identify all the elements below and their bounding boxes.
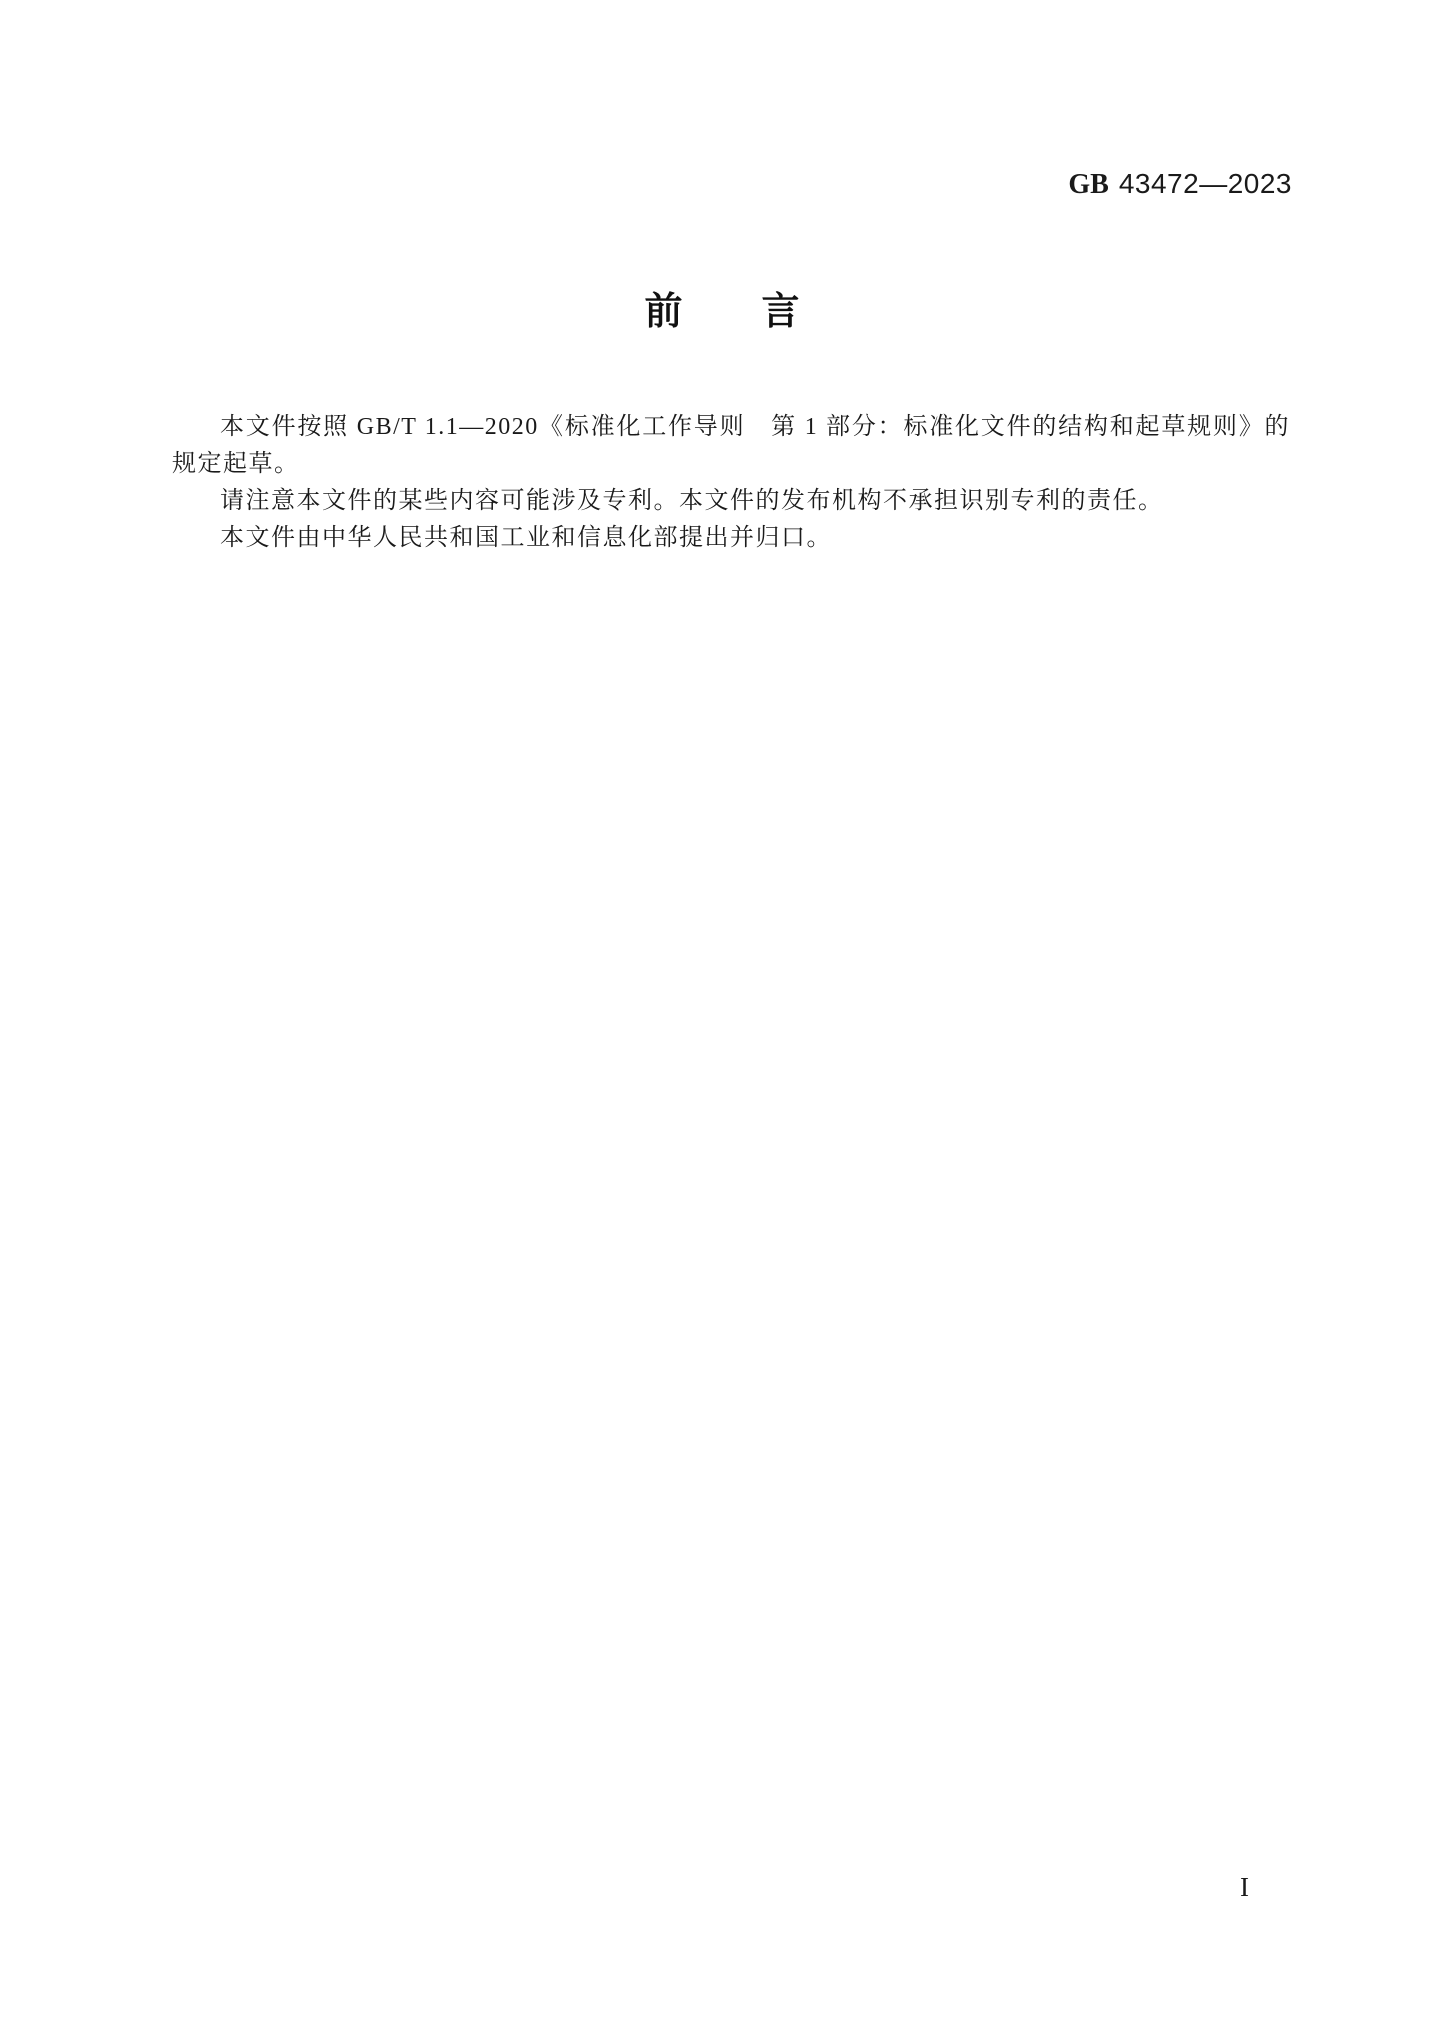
doc-number-prefix: GB: [1068, 169, 1108, 200]
document-page: GB43472—2023 前 言 本文件按照 GB/T 1.1—2020《标准化…: [0, 0, 1445, 2044]
page-number: I: [1240, 1874, 1249, 1901]
doc-number: GB43472—2023: [1068, 170, 1292, 199]
foreword-paragraph-3: 本文件由中华人民共和国工业和信息化部提出并归口。: [172, 520, 1290, 557]
doc-number-value: 43472—2023: [1119, 168, 1292, 199]
foreword-paragraph-1: 本文件按照 GB/T 1.1—2020《标准化工作导则 第 1 部分：标准化文件…: [172, 409, 1290, 483]
foreword-paragraph-2: 请注意本文件的某些内容可能涉及专利。本文件的发布机构不承担识别专利的责任。: [172, 483, 1290, 520]
foreword-body: 本文件按照 GB/T 1.1—2020《标准化工作导则 第 1 部分：标准化文件…: [172, 409, 1290, 557]
page-title: 前 言: [0, 288, 1445, 334]
